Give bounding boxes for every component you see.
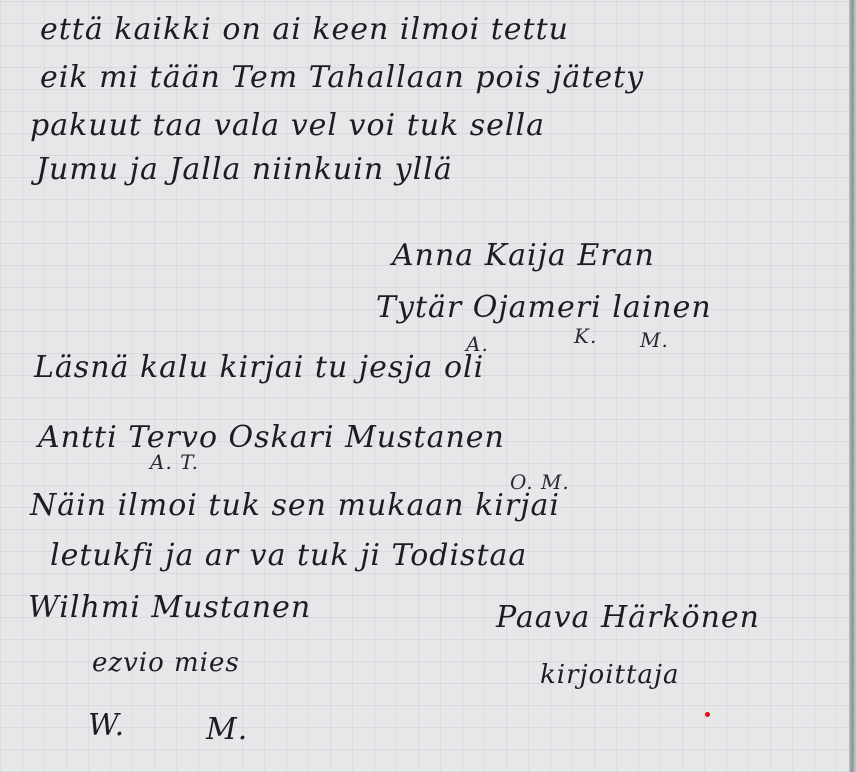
final-signature-left-note: ezvio mies bbox=[92, 648, 240, 678]
signature-1-initial-k: K. bbox=[574, 324, 597, 348]
final-signature-right-name: Paava Härkönen bbox=[496, 600, 760, 635]
witness-initials-at: A. T. bbox=[150, 450, 199, 474]
initial-a: A. bbox=[150, 450, 173, 474]
body-line-1: että kaikki on ai keen ilmoi tettu bbox=[40, 12, 569, 47]
signature-1-title: Tytär Ojameri lainen bbox=[376, 290, 712, 325]
body-line-4: Jumu ja Jalla niinkuin yllä bbox=[36, 152, 453, 187]
body-line-3: pakuut taa vala vel voi tuk sella bbox=[30, 108, 545, 143]
body-line-2: eik mi tään Tem Tahallaan pois jätety bbox=[40, 60, 644, 95]
page-edge bbox=[849, 0, 857, 772]
final-signature-left-initial-w: W. bbox=[88, 708, 125, 743]
witness-line-1: Läsnä kalu kirjai tu jesja oli bbox=[34, 350, 484, 385]
signature-1-name: Anna Kaija Eran bbox=[392, 238, 655, 273]
witness-line-4: letukfi ja ar va tuk ji Todistaa bbox=[50, 538, 527, 573]
final-signature-left-name: Wilhmi Mustanen bbox=[28, 590, 311, 625]
signature-1-initial-m: M. bbox=[640, 328, 669, 352]
red-mark bbox=[705, 712, 710, 717]
witness-line-3: Näin ilmoi tuk sen mukaan kirjai bbox=[30, 488, 560, 523]
witness-line-2: Antti Tervo Oskari Mustanen bbox=[38, 420, 505, 455]
manuscript-page: että kaikki on ai keen ilmoi tettu eik m… bbox=[0, 0, 849, 772]
final-signature-right-note: kirjoittaja bbox=[540, 660, 680, 690]
final-signature-left-initial-m: M. bbox=[206, 712, 248, 747]
initial-t: T. bbox=[180, 450, 199, 474]
